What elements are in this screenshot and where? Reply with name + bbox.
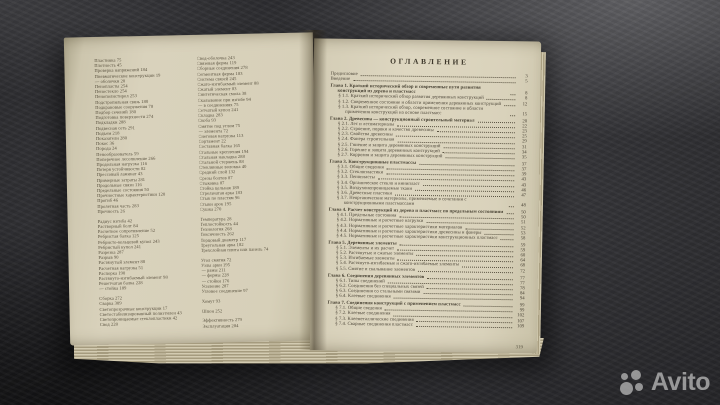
index-entry: Свод 228 xyxy=(100,320,193,327)
toc-entry-page: 47 xyxy=(516,193,526,198)
dot-leader xyxy=(418,270,513,273)
toc-row: § 1.3. Краткий исторический обзор, совре… xyxy=(330,104,527,117)
book-spine-gutter-shadow xyxy=(299,30,327,350)
page-number: 319 xyxy=(516,345,523,350)
index-column-1: Пластинка 75Плотность 45Проверка напряже… xyxy=(94,56,192,331)
toc-row: § 3.7. Неорганические материалы, применя… xyxy=(329,196,526,209)
toc-entry-label: § 4.5. Нормативные и расчетные характери… xyxy=(336,234,497,241)
avito-logo-icon xyxy=(620,370,646,396)
book-left-page: Пластинка 75Плотность 45Проверка напряже… xyxy=(64,32,319,345)
subject-index: Пластинка 75Плотность 45Проверка напряже… xyxy=(64,32,319,331)
toc-entry-label: § 1.3. Краткий исторический обзор, совре… xyxy=(338,105,507,118)
dot-leader xyxy=(394,297,513,301)
dot-leader xyxy=(487,98,516,100)
toc-entry-page: 48 xyxy=(516,203,526,208)
toc-entry-page: 12 xyxy=(517,102,527,107)
toc-entry-label: § 5.5. Смятие и скалывание элементов xyxy=(336,266,415,272)
dot-leader xyxy=(506,212,513,214)
dot-leader xyxy=(478,121,515,124)
toc-entry-label: Введение xyxy=(331,77,351,82)
toc-entry-label: § 7.4. Сварные соединения пластмасс xyxy=(335,322,413,328)
toc-entry-page: 94 xyxy=(515,296,525,301)
dot-leader xyxy=(510,94,515,96)
dot-leader xyxy=(484,233,513,235)
dot-leader xyxy=(353,79,515,83)
toc-list: Предисловие3Введение5Глава 1. Краткий ис… xyxy=(327,72,528,330)
dot-leader xyxy=(416,325,512,328)
dot-leader xyxy=(509,205,514,207)
toc-entry-page: 35 xyxy=(517,155,527,160)
toc-entry-page: 109 xyxy=(514,324,524,329)
dot-leader xyxy=(510,114,515,116)
toc-entry-label: § 3.7. Неорганические материалы, применя… xyxy=(337,196,506,209)
dot-leader xyxy=(445,156,514,159)
index-column-2: Свод-оболочка 243Связевая ферма 119Сборн… xyxy=(197,54,295,329)
toc-entry-label: § 2.7. Коррозия и защита деревянных конс… xyxy=(338,153,443,160)
toc-entry-page: 72 xyxy=(515,269,525,274)
toc-entry-page: 5 xyxy=(518,79,528,84)
table-of-contents: ОГЛАВЛЕНИЕ Предисловие3Введение5Глава 1.… xyxy=(310,38,541,329)
toc-entry-page: 15 xyxy=(517,112,527,117)
dot-leader xyxy=(501,238,514,240)
avito-logo-text: Avito xyxy=(651,368,710,397)
avito-watermark: Avito xyxy=(620,368,710,397)
toc-entry-page: 58 xyxy=(515,236,525,241)
toc-heading: ОГЛАВЛЕНИЕ xyxy=(331,56,528,68)
toc-entry-label: § 6.4. Клеевые соединения xyxy=(336,294,391,300)
dot-leader xyxy=(504,104,515,106)
book-right-page: ОГЛАВЛЕНИЕ Предисловие3Введение5Глава 1.… xyxy=(310,38,541,353)
